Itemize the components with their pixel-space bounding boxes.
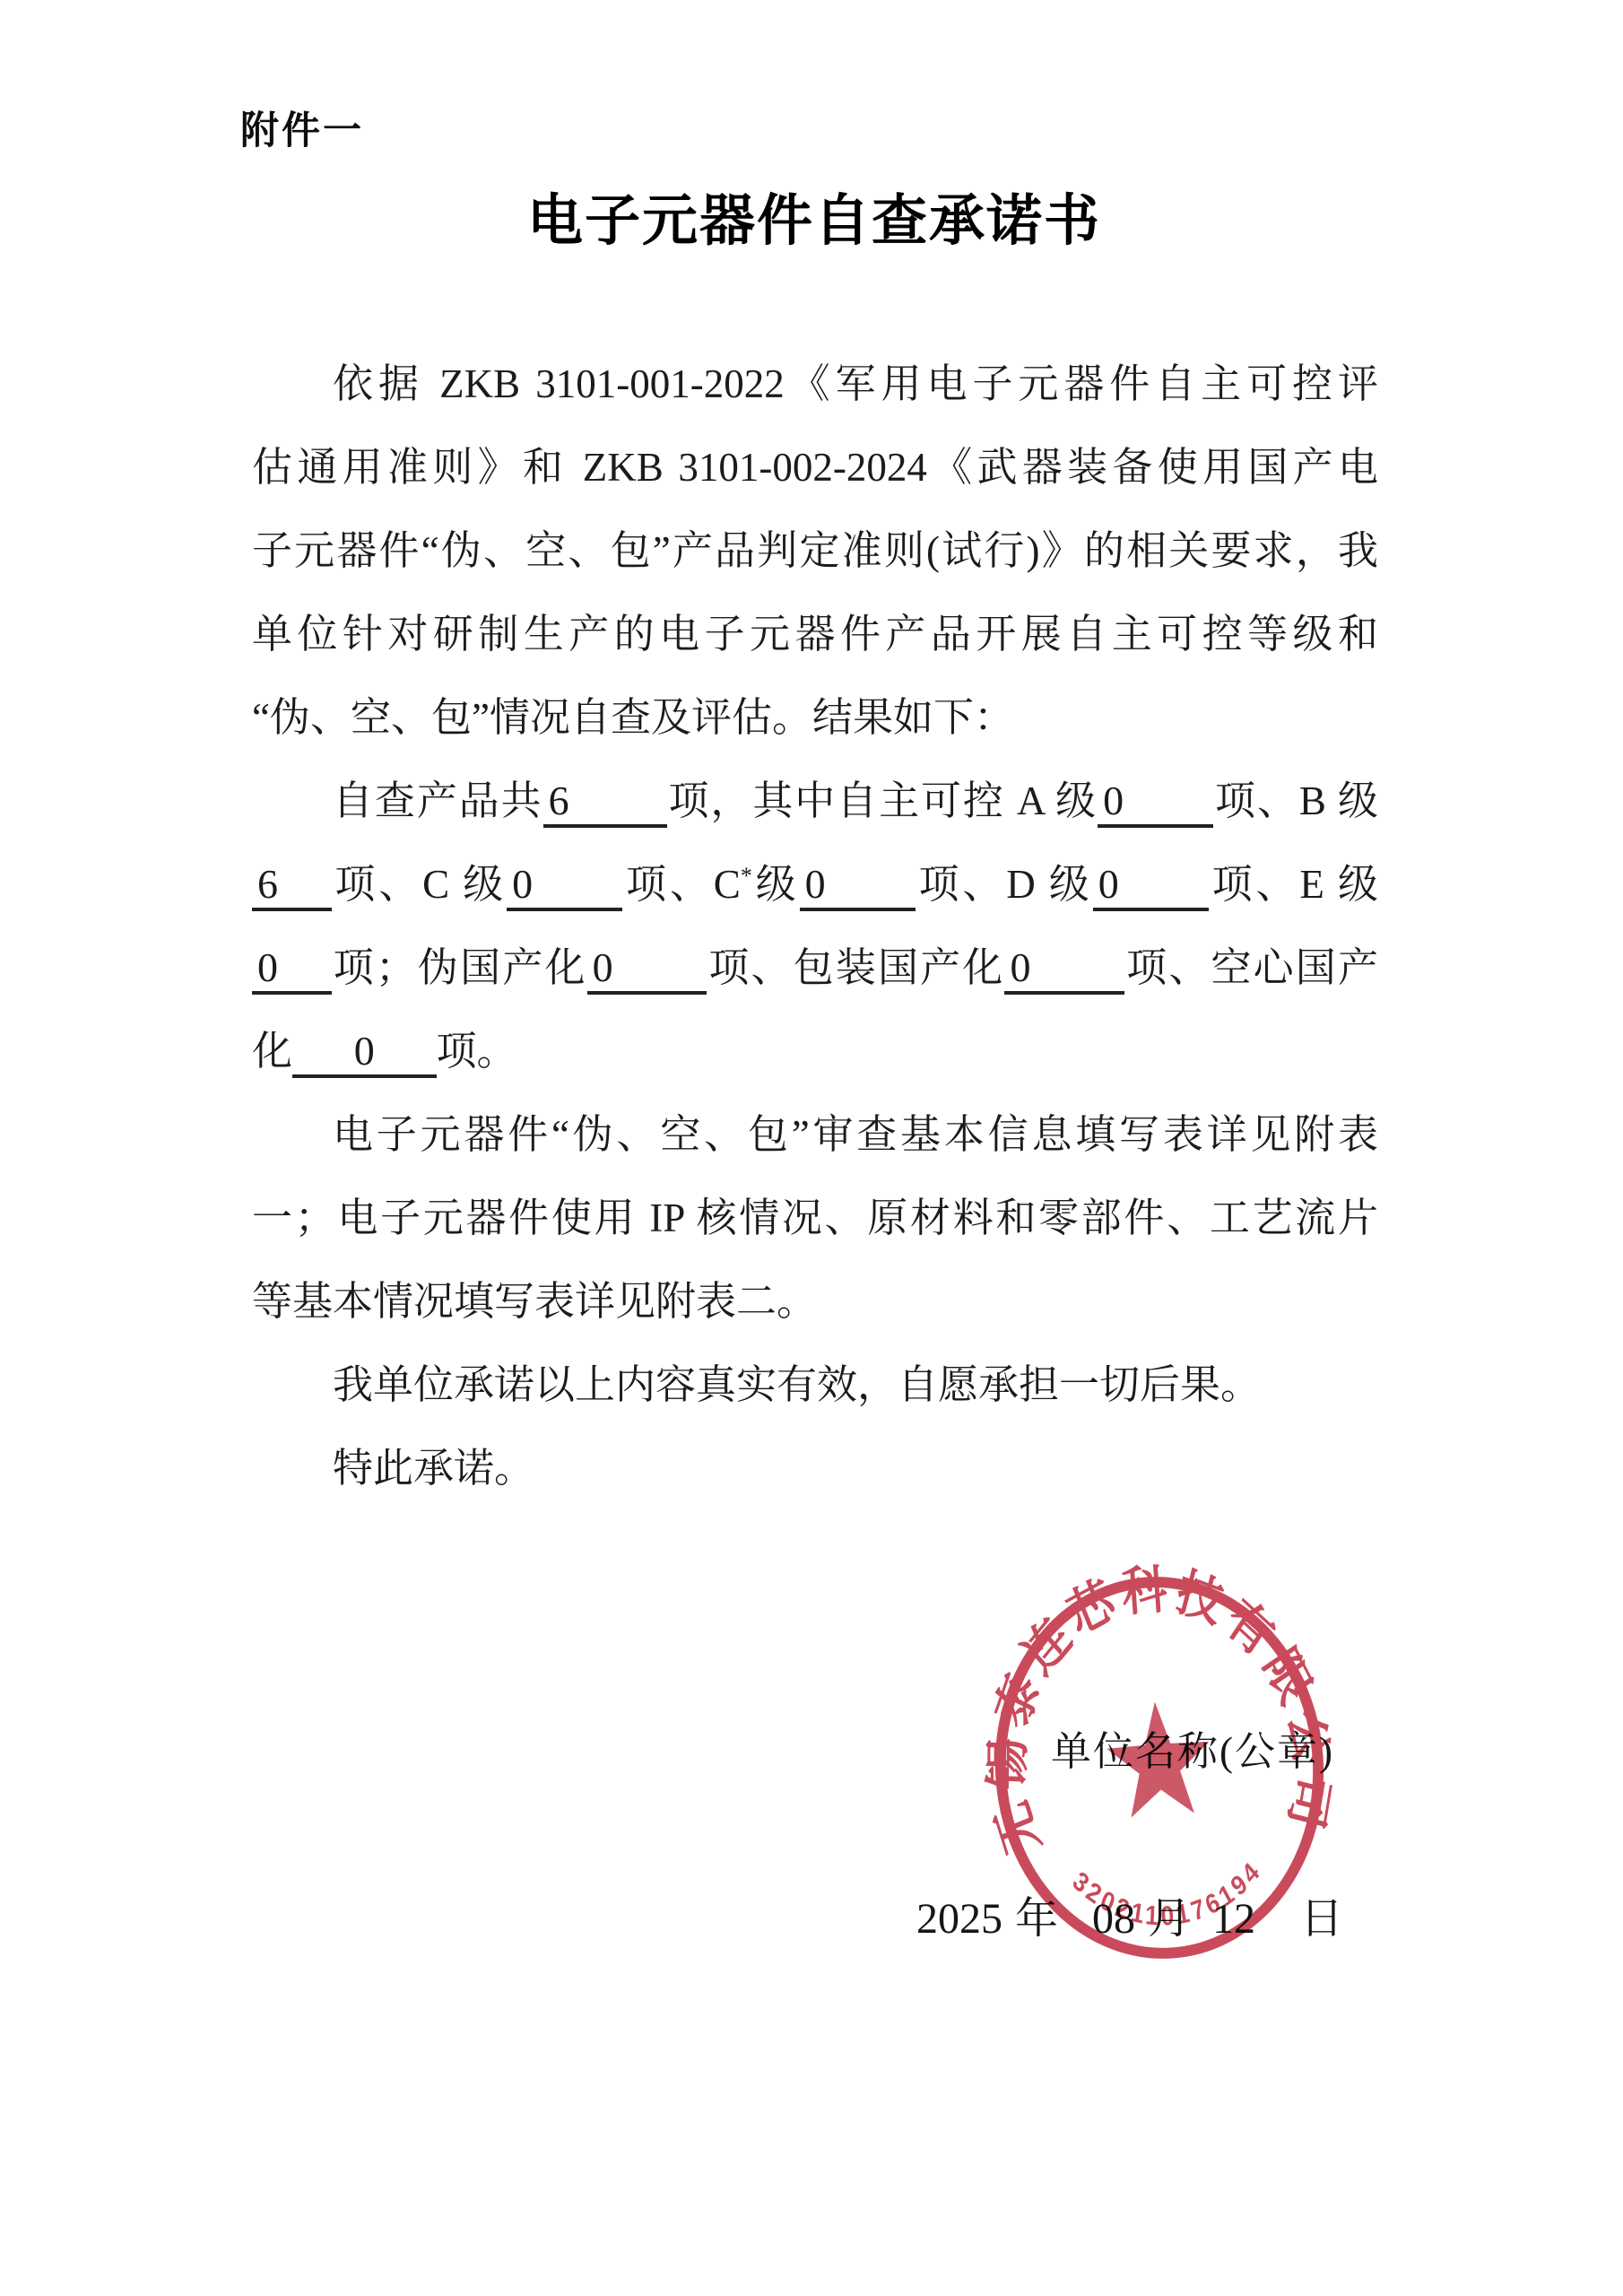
text-run: 特此承诺。: [333, 1446, 534, 1491]
body-line: “伪、空、包”情况自查及评估。结果如下：: [252, 676, 1378, 760]
fill-in-value: 0: [1103, 778, 1124, 823]
fill-in-blank: 0: [507, 861, 622, 911]
company-seal: 无锡泰连芯科技有限公司 3202110176194: [961, 1544, 1358, 1990]
fill-in-value: 0: [512, 861, 533, 907]
body-line: 电子元器件“伪、空、包”审查基本信息填写表详见附表: [252, 1093, 1378, 1177]
text-run: “伪、空、包”情况自查及评估。结果如下：: [252, 695, 1014, 740]
seal-star-icon: [1104, 1698, 1214, 1819]
fill-in-value: 0: [805, 861, 826, 907]
page-title: 电子元器件自查承诺书: [251, 176, 1377, 256]
attachment-label: 附件一: [240, 100, 364, 155]
body-line: 自查产品共6项，其中自主可控 A 级0项、B 级: [252, 760, 1378, 843]
text-run: 依据 ZKB 3101-001-2022《军用电子元器件自主可控评: [333, 361, 1378, 406]
body-line: 子元器件“伪、空、包”产品判定准则(试行)》的相关要求，我: [252, 509, 1378, 593]
body-line: 化0项。: [252, 1010, 1378, 1093]
fill-in-value: 6: [549, 778, 569, 823]
text-run: 电子元器件“伪、空、包”审查基本信息填写表详见附表: [333, 1112, 1378, 1157]
body-line: 0项；伪国产化0项、包装国产化0项、空心国产: [252, 926, 1378, 1010]
fill-in-blank: 0: [587, 944, 707, 995]
body-line: 6项、C 级0项、C*级0项、D 级0项、E 级: [252, 843, 1378, 926]
text-run: 我单位承诺以上内容真实有效，自愿承担一切后果。: [333, 1362, 1261, 1407]
body-line: 单位针对研制生产的电子元器件产品开展自主可控等级和: [252, 593, 1378, 676]
text-run: 项，其中自主可控 A 级: [667, 778, 1098, 823]
fill-in-value: 0: [593, 944, 613, 990]
fill-in-value: 0: [1098, 861, 1119, 907]
fill-in-blank: 6: [252, 861, 332, 911]
text-run: 估通用准则》和 ZKB 3101-002-2024《武器装备使用国产电: [252, 445, 1378, 490]
body-text: 依据 ZKB 3101-001-2022《军用电子元器件自主可控评估通用准则》和…: [252, 343, 1378, 1510]
fill-in-value: 0: [257, 944, 278, 990]
text-run: 自查产品共: [333, 778, 543, 823]
text-run: 项、包装国产化: [707, 945, 1004, 990]
text-run: 一；电子元器件使用 IP 核情况、原材料和零部件、工艺流片: [252, 1196, 1378, 1240]
fill-in-blank: 0: [292, 1028, 437, 1078]
text-run: 项、空心国产: [1124, 945, 1378, 990]
text-run: 单位针对研制生产的电子元器件产品开展自主可控等级和: [252, 612, 1378, 657]
text-run: 项、C: [622, 862, 741, 907]
fill-in-value: 6: [257, 861, 278, 907]
text-run: 子元器件“伪、空、包”产品判定准则(试行)》的相关要求，我: [252, 528, 1378, 573]
body-line: 特此承诺。: [252, 1427, 1378, 1510]
text-run: 项、E 级: [1209, 862, 1378, 907]
body-line: 一；电子元器件使用 IP 核情况、原材料和零部件、工艺流片: [252, 1177, 1378, 1260]
body-line: 依据 ZKB 3101-001-2022《军用电子元器件自主可控评: [252, 343, 1378, 426]
seal-graphic: 无锡泰连芯科技有限公司 3202110176194: [961, 1544, 1358, 1990]
body-line: 估通用准则》和 ZKB 3101-002-2024《武器装备使用国产电: [252, 426, 1378, 509]
text-run: 项、C 级: [332, 862, 508, 907]
fill-in-value: 0: [1010, 944, 1030, 990]
text-run: 级: [752, 862, 800, 907]
fill-in-blank: 0: [252, 944, 332, 995]
fill-in-value: 0: [354, 1028, 375, 1074]
fill-in-blank: 0: [1093, 861, 1209, 911]
superscript-asterisk: *: [741, 863, 752, 889]
text-run: 项、B 级: [1213, 778, 1378, 823]
text-run: 项。: [437, 1029, 517, 1074]
body-line: 等基本情况填写表详见附表二。: [252, 1260, 1378, 1344]
text-run: 等基本情况填写表详见附表二。: [252, 1279, 817, 1324]
text-run: 化: [252, 1029, 292, 1074]
body-line: 我单位承诺以上内容真实有效，自愿承担一切后果。: [252, 1344, 1378, 1427]
document-page: 附件一 电子元器件自查承诺书 依据 ZKB 3101-001-2022《军用电子…: [0, 0, 1623, 2296]
text-run: 项、D 级: [916, 862, 1093, 907]
fill-in-blank: 0: [1098, 778, 1213, 828]
text-run: 项；伪国产化: [332, 945, 587, 990]
fill-in-blank: 0: [800, 861, 916, 911]
fill-in-blank: 0: [1004, 944, 1124, 995]
fill-in-blank: 6: [543, 778, 667, 828]
